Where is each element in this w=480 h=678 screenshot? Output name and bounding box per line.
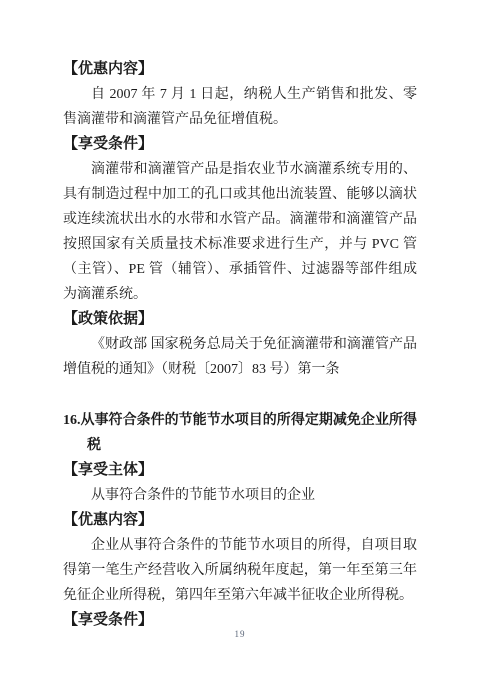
paragraph-policy-citation: 《财政部 国家税务总局关于免征滴灌带和滴灌管产品增值税的通知》（财税〔2007〕… bbox=[63, 332, 417, 382]
page-footer: 19 bbox=[0, 624, 480, 642]
heading-eligibility-conditions-1: 【享受条件】 bbox=[63, 132, 417, 157]
document-page: 【优惠内容】 自 2007 年 7 月 1 日起，纳税人生产销售和批发、零售滴灌… bbox=[0, 0, 480, 678]
page-number: 19 bbox=[235, 629, 246, 639]
heading-eligible-entities: 【享受主体】 bbox=[63, 458, 417, 483]
paragraph-vat-exemption: 自 2007 年 7 月 1 日起，纳税人生产销售和批发、零售滴灌带和滴灌管产品… bbox=[63, 82, 417, 132]
heading-preferential-content-2: 【优惠内容】 bbox=[63, 508, 417, 533]
heading-policy-basis: 【政策依据】 bbox=[63, 307, 417, 332]
paragraph-drip-irrigation-definition: 滴灌带和滴灌管产品是指农业节水滴灌系统专用的、具有制造过程中加工的孔口或其他出流… bbox=[63, 157, 417, 307]
paragraph-eligible-enterprises: 从事符合条件的节能节水项目的企业 bbox=[63, 483, 417, 508]
section-title-item-16: 16.从事符合条件的节能节水项目的所得定期减免企业所得税 bbox=[63, 408, 417, 458]
heading-preferential-content-1: 【优惠内容】 bbox=[63, 57, 417, 82]
paragraph-income-tax-reduction: 企业从事符合条件的节能节水项目的所得，自项目取得第一笔生产经营收入所属纳税年度起… bbox=[63, 533, 417, 608]
document-content: 【优惠内容】 自 2007 年 7 月 1 日起，纳税人生产销售和批发、零售滴灌… bbox=[63, 57, 417, 633]
